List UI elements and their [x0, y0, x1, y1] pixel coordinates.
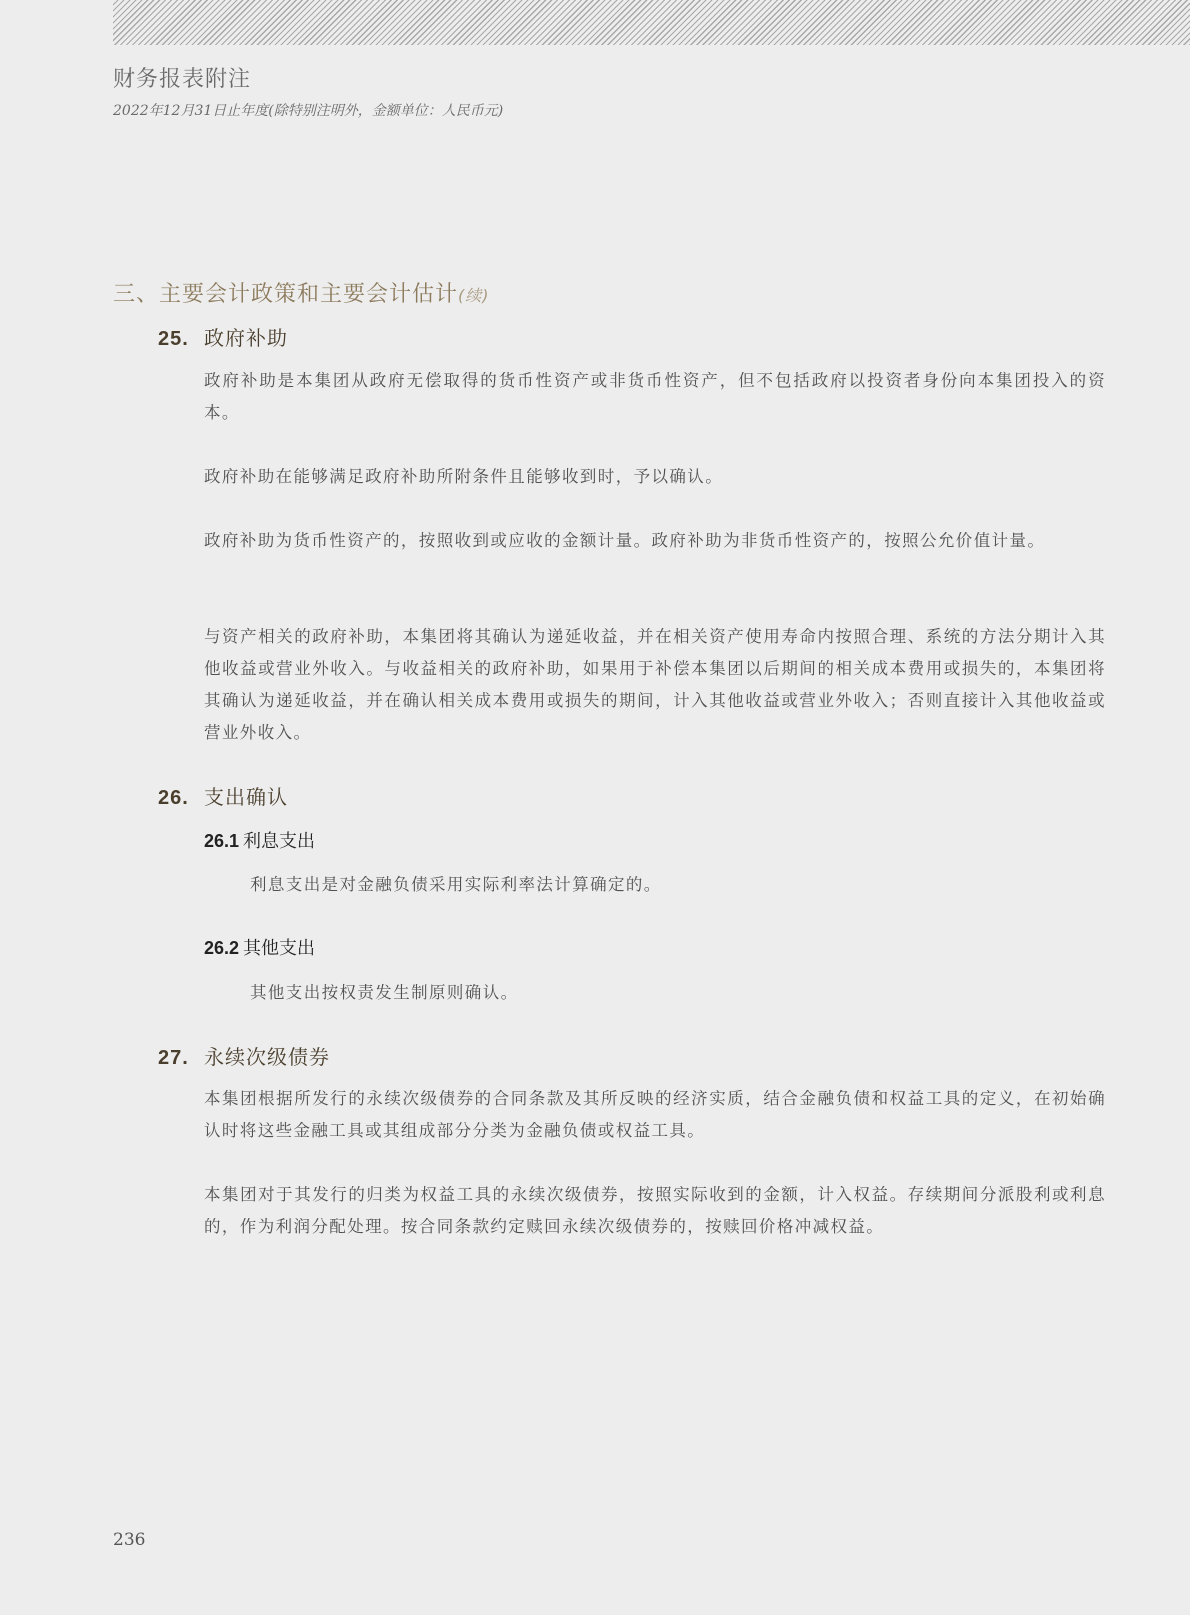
heading-27: 27.永续次级债券	[158, 1041, 330, 1070]
paragraph: 政府补助为货币性资产的，按照收到或应收的金额计量。政府补助为非货币性资产的，按照…	[204, 525, 1106, 557]
paragraph: 其他支出按权责发生制原则确认。	[250, 977, 1106, 1009]
decorative-hatch-band	[113, 0, 1190, 45]
page-header-title: 财务报表附注	[113, 62, 251, 93]
paragraph: 本集团对于其发行的归类为权益工具的永续次级债券，按照实际收到的金额，计入权益。存…	[204, 1179, 1106, 1243]
paragraph: 利息支出是对金融负债采用实际利率法计算确定的。	[250, 869, 1106, 901]
subheading-text: 其他支出	[243, 938, 315, 959]
subheading-26-1: 26.1利息支出	[204, 827, 315, 853]
paragraph: 政府补助在能够满足政府补助所附条件且能够收到时，予以确认。	[204, 461, 1106, 493]
paragraph: 与资产相关的政府补助，本集团将其确认为递延收益，并在相关资产使用寿命内按照合理、…	[204, 621, 1106, 749]
heading-text: 支出确认	[204, 785, 288, 809]
page-header-subtitle: 2022年12月31日止年度(除特别注明外，金额单位：人民币元)	[113, 100, 503, 120]
heading-number: 25.	[158, 328, 204, 351]
heading-text: 政府补助	[204, 326, 288, 350]
subheading-text: 利息支出	[243, 831, 315, 852]
paragraph: 政府补助是本集团从政府无偿取得的货币性资产或非货币性资产，但不包括政府以投资者身…	[204, 365, 1106, 429]
paragraph: 本集团根据所发行的永续次级债券的合同条款及其所反映的经济实质，结合金融负债和权益…	[204, 1083, 1106, 1147]
subheading-26-2: 26.2其他支出	[204, 934, 315, 960]
page-number: 236	[113, 1530, 145, 1550]
heading-text: 永续次级债券	[204, 1045, 330, 1069]
heading-number: 27.	[158, 1047, 204, 1070]
section-title: 三、主要会计政策和主要会计估计(续)	[113, 277, 490, 308]
heading-25: 25.政府补助	[158, 322, 288, 351]
heading-number: 26.	[158, 787, 204, 810]
subheading-number: 26.1	[204, 831, 239, 851]
heading-26: 26.支出确认	[158, 781, 288, 810]
section-continued-label: (续)	[458, 286, 490, 305]
section-title-text: 三、主要会计政策和主要会计估计	[113, 282, 458, 307]
subheading-number: 26.2	[204, 938, 239, 958]
